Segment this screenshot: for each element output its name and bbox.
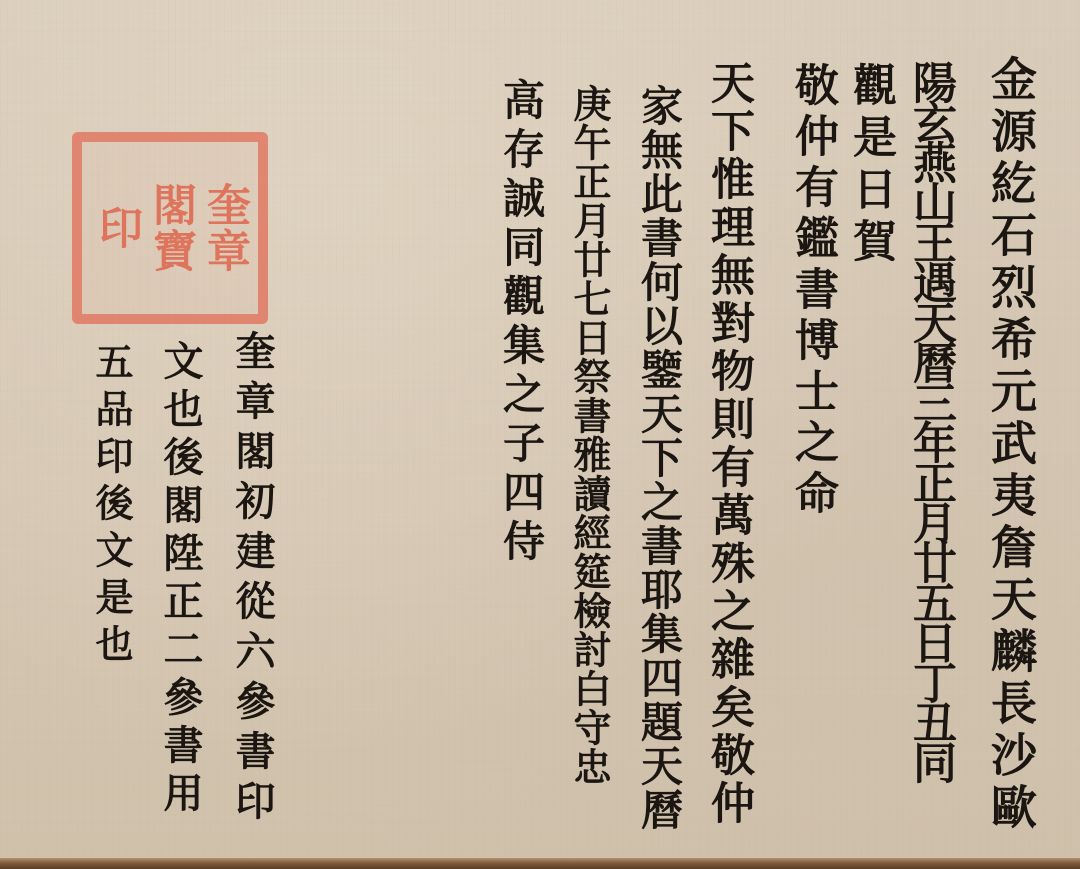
text-column-8: 高存誠同觀集之子四侍 — [500, 78, 542, 568]
text-column-5: 天下惟理無對物則有萬殊之雜矣敬仲 — [706, 60, 750, 828]
text-column-4: 敬仲有鑑書博士之命 — [790, 62, 834, 521]
red-seal-stamp: 印 閣寶 奎章 — [72, 132, 268, 324]
seal-glyph-column-1: 奎章 — [200, 152, 248, 304]
seal-glyph-column-2: 閣寶 — [146, 152, 194, 304]
text-column-3: 觀是日賀 — [848, 62, 892, 270]
note-column-3: 五品印後文是也 — [92, 342, 130, 671]
text-column-7: 庚午正月廿七日祭書雅讀經筵檢討白守忠 — [570, 84, 608, 786]
text-column-2: 陽玄燕山王遇天曆三年正月廿五日丁丑同 — [908, 60, 952, 780]
note-column-1: 奎章閣初建從六參書印 — [232, 330, 272, 830]
scroll-mount-edge — [0, 858, 1080, 869]
seal-glyphs: 印 閣寶 奎章 — [92, 152, 248, 304]
note-column-2: 文也後閣陞正二參書用 — [160, 340, 200, 820]
seal-glyph-column-3: 印 — [92, 152, 140, 304]
text-column-1: 金源紇石烈希元武夷詹天麟長沙歐 — [988, 55, 1034, 835]
text-column-6: 家無此書何以鑒天下之書耶集四題天曆 — [638, 84, 680, 832]
